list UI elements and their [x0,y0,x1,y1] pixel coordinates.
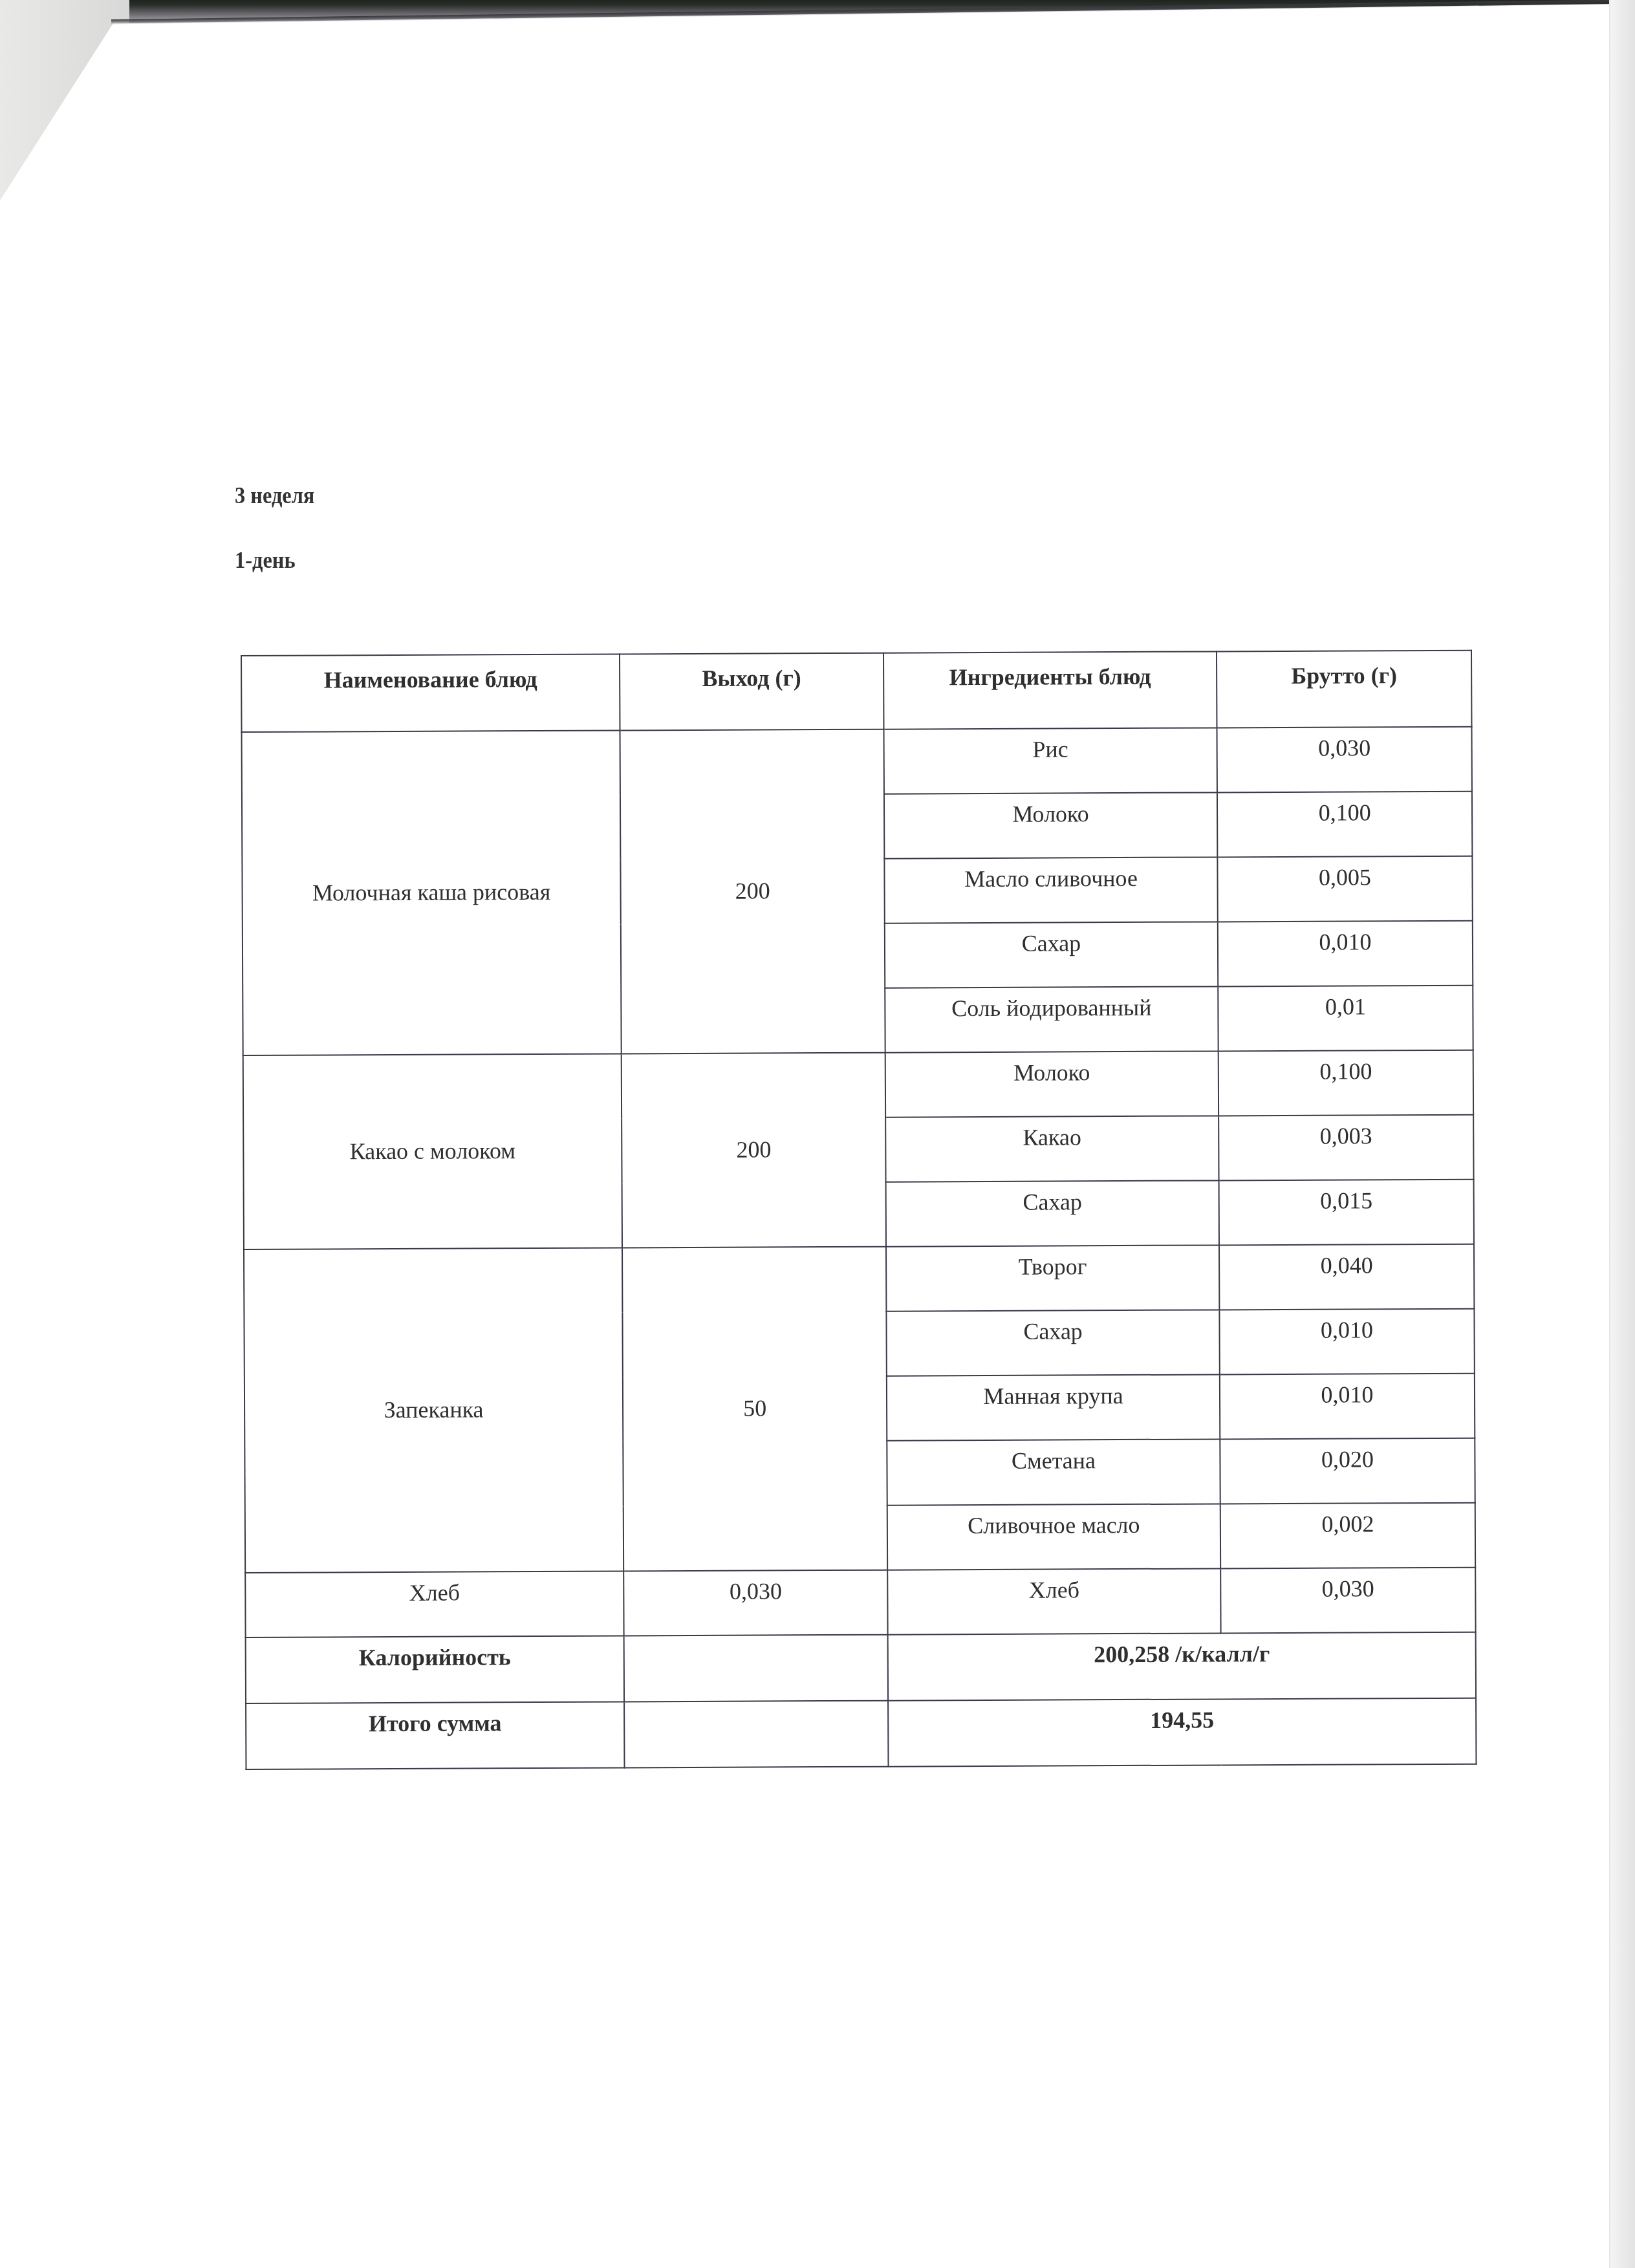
ingredient-name-cell: Соль йодированный [885,986,1218,1052]
ingredient-brutto-cell: 0,030 [1217,727,1472,793]
menu-table: Наименование блюд Выход (г) Ингредиенты … [241,650,1477,1770]
ingredient-name-cell: Масло сливочное [884,857,1217,923]
ingredient-name-cell: Творог [886,1245,1219,1311]
table-row: Молочная каша рисовая200Рис0,030 [242,727,1472,797]
ingredient-brutto-cell: 0,010 [1219,1309,1474,1375]
week-label: 3 неделя [235,482,314,509]
header-yield: Выход (г) [620,653,884,731]
ingredient-brutto-cell: 0,01 [1218,986,1473,1052]
ingredient-brutto-cell: 0,100 [1218,1050,1473,1116]
table-row: Какао с молоком200Молоко0,100 [243,1050,1473,1120]
dish-yield-cell: 200 [622,1053,886,1248]
ingredient-name-cell: Манная крупа [887,1374,1220,1440]
ingredient-name-cell: Рис [884,728,1217,794]
summary-empty-cell [624,1701,888,1768]
ingredient-brutto-cell: 0,015 [1219,1180,1474,1246]
header-ingredients: Ингредиенты блюд [883,651,1217,729]
dish-name-cell: Молочная каша рисовая [242,730,622,1055]
dish-yield-cell: 50 [622,1247,887,1571]
dish-name-cell: Какао с молоком [243,1053,622,1249]
ingredient-name-cell: Сахар [886,1310,1219,1376]
ingredient-brutto-cell: 0,100 [1217,792,1472,858]
table-row: Хлеб0,030Хлеб0,030 [245,1568,1475,1637]
summary-label-cell: Итого сумма [246,1701,624,1769]
dish-name-cell: Хлеб [245,1571,623,1637]
ingredient-brutto-cell: 0,002 [1220,1503,1475,1569]
scanner-right-edge [1609,0,1635,2268]
ingredient-name-cell: Сметана [887,1439,1220,1505]
ingredient-brutto-cell: 0,010 [1220,1374,1475,1440]
table-header-row: Наименование блюд Выход (г) Ингредиенты … [241,651,1471,732]
header-brutto: Брутто (г) [1217,651,1472,728]
summary-value-cell: 194,55 [888,1698,1476,1767]
summary-empty-cell [624,1635,888,1702]
ingredient-name-cell: Молоко [884,792,1217,858]
menu-table-body: Молочная каша рисовая200Рис0,030Молоко0,… [242,727,1477,1769]
ingredient-name-cell: Сливочное масло [887,1504,1220,1570]
summary-label-cell: Калорийность [246,1636,624,1703]
ingredient-brutto-cell: 0,030 [1220,1568,1475,1634]
ingredient-name-cell: Хлеб [887,1568,1220,1634]
summary-row: Калорийность200,258 /к/калл/г [246,1632,1476,1703]
dish-yield-cell: 200 [620,729,885,1054]
ingredient-brutto-cell: 0,020 [1220,1438,1475,1504]
summary-row: Итого сумма194,55 [246,1698,1476,1769]
summary-value-cell: 200,258 /к/калл/г [888,1632,1476,1701]
day-label: 1-день [235,546,296,574]
dish-yield-cell: 0,030 [623,1570,887,1636]
ingredient-name-cell: Какао [885,1116,1218,1182]
ingredient-name-cell: Молоко [885,1051,1218,1117]
table-row: Запеканка50Творог0,040 [244,1244,1474,1314]
ingredient-brutto-cell: 0,040 [1219,1244,1474,1310]
dish-name-cell: Запеканка [244,1247,623,1573]
ingredient-brutto-cell: 0,010 [1218,921,1473,987]
ingredient-brutto-cell: 0,003 [1218,1115,1473,1181]
ingredient-brutto-cell: 0,005 [1217,856,1472,922]
ingredient-name-cell: Сахар [886,1180,1219,1246]
ingredient-name-cell: Сахар [885,922,1218,988]
header-dish-name: Наименование блюд [241,654,620,732]
